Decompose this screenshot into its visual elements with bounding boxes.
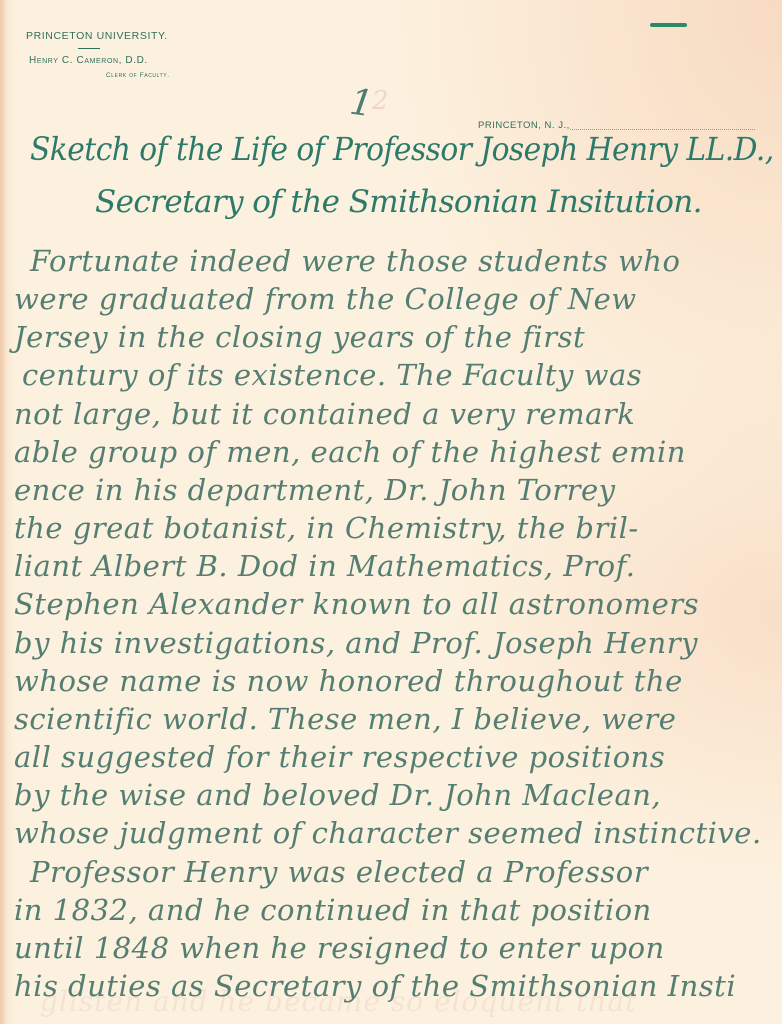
body-line: scientific world. These men, I believe, … — [14, 702, 676, 736]
document-title-line-2: Secretary of the Smithsonian Insitution. — [95, 184, 702, 220]
body-line: liant Albert B. Dod in Mathematics, Prof… — [14, 549, 636, 583]
body-line: ence in his department, Dr. John Torrey — [14, 473, 616, 507]
document-title-line-1: Sketch of the Life of Professor Joseph H… — [30, 130, 774, 168]
ink-mark — [650, 23, 687, 27]
body-line: able group of men, each of the highest e… — [14, 435, 686, 469]
body-line: by the wise and beloved Dr. John Maclean… — [14, 778, 661, 812]
body-line: whose name is now honored throughout the — [14, 664, 683, 698]
body-line: were graduated from the College of New — [14, 282, 637, 316]
body-line: Jersey in the closing years of the first — [14, 320, 585, 354]
letterhead-name: Henry C. Cameron, D.D. — [29, 55, 148, 66]
body-line: his duties as Secretary of the Smithsoni… — [14, 969, 736, 1003]
body-line: until 1848 when he resigned to enter upo… — [14, 931, 665, 965]
paper-edge — [0, 0, 6, 1024]
body-line: century of its existence. The Faculty wa… — [22, 358, 642, 392]
body-line: Professor Henry was elected a Professor — [30, 855, 648, 889]
letterhead-rule — [78, 48, 100, 49]
letterhead-institution: PRINCETON UNIVERSITY. — [26, 30, 168, 42]
body-line: whose judgment of character seemed insti… — [14, 816, 762, 850]
page-number: 1 — [347, 82, 375, 126]
body-line: Stephen Alexander known to all astronome… — [14, 587, 699, 621]
body-line: the great botanist, in Chemistry, the br… — [14, 511, 639, 545]
body-line: in 1832, and he continued in that positi… — [14, 893, 652, 927]
body-line: not large, but it contained a very remar… — [14, 397, 635, 431]
body-line: by his investigations, and Prof. Joseph … — [14, 626, 698, 660]
letterhead-role: Clerk of Faculty. — [106, 72, 170, 79]
body-line: Fortunate indeed were those students who — [30, 244, 680, 278]
manuscript-page: PRINCETON UNIVERSITY. Henry C. Cameron, … — [0, 0, 782, 1024]
body-line: all suggested for their respective posit… — [14, 740, 665, 774]
